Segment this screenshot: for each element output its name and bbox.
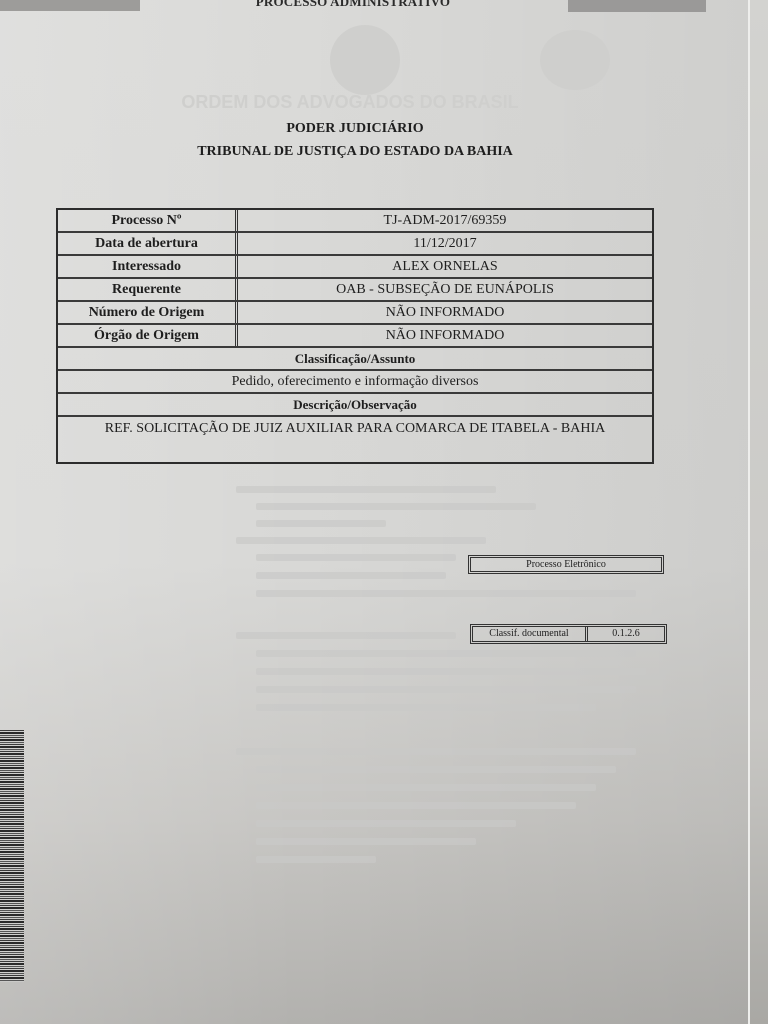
classificacao-value-row: Pedido, oferecimento e informação divers…: [58, 371, 652, 394]
row-label: Data de abertura: [58, 233, 238, 254]
row-value: TJ-ADM-2017/69359: [238, 210, 652, 231]
row-label: Número de Origem: [58, 302, 238, 323]
table-row: Requerente OAB - SUBSEÇÃO DE EUNÁPOLIS: [58, 279, 652, 302]
header-processo-administrativo: PROCESSO ADMINISTRATIVO: [0, 0, 706, 10]
classificacao-value: Pedido, oferecimento e informação divers…: [58, 371, 652, 392]
classificacao-header-row: Classificação/Assunto: [58, 348, 652, 371]
watermark-seal-icon: [330, 25, 400, 95]
classif-label: Classif. documental: [473, 627, 588, 641]
bleed-through-text: [256, 554, 456, 561]
watermark-text: ORDEM DOS ADVOGADOS DO BRASIL: [180, 92, 520, 113]
bleed-through-text: [256, 650, 636, 657]
bleed-through-text: [256, 802, 576, 809]
title-poder-judiciario: PODER JUDICIÁRIO: [0, 121, 710, 137]
bleed-through-text: [256, 766, 616, 773]
descricao-value: REF. SOLICITAÇÃO DE JUIZ AUXILIAR PARA C…: [58, 417, 652, 462]
bleed-through-text: [256, 838, 476, 845]
table-row: Órgão de Origem NÃO INFORMADO: [58, 325, 652, 348]
row-value: NÃO INFORMADO: [238, 325, 652, 346]
bleed-through-text: [256, 668, 646, 675]
bleed-through-text: [256, 572, 446, 579]
row-label: Interessado: [58, 256, 238, 277]
table-row: Data de abertura 11/12/2017: [58, 233, 652, 256]
bleed-through-text: [256, 503, 536, 510]
bleed-through-text: [256, 686, 636, 693]
table-row: Processo Nº TJ-ADM-2017/69359: [58, 210, 652, 233]
row-value: NÃO INFORMADO: [238, 302, 652, 323]
watermark-emblem-icon: [540, 30, 610, 90]
process-info-table: Processo Nº TJ-ADM-2017/69359 Data de ab…: [56, 208, 654, 464]
underlying-page: [750, 0, 768, 1024]
processo-eletronico-stamp: Processo Eletrônico: [468, 555, 664, 574]
bleed-through-text: [256, 704, 596, 711]
descricao-header-row: Descrição/Observação: [58, 394, 652, 417]
table-row: Número de Origem NÃO INFORMADO: [58, 302, 652, 325]
row-value: ALEX ORNELAS: [238, 256, 652, 277]
row-value: 11/12/2017: [238, 233, 652, 254]
classificacao-header: Classificação/Assunto: [58, 348, 652, 369]
row-label: Processo Nº: [58, 210, 238, 231]
descricao-value-row: REF. SOLICITAÇÃO DE JUIZ AUXILIAR PARA C…: [58, 417, 652, 462]
bleed-through-text: [236, 486, 496, 493]
bleed-through-text: [256, 590, 636, 597]
bleed-through-text: [236, 537, 486, 544]
bleed-through-text: [256, 784, 596, 791]
classif-documental-box: Classif. documental 0.1.2.6: [470, 624, 667, 644]
bleed-through-text: [256, 856, 376, 863]
table-row: Interessado ALEX ORNELAS: [58, 256, 652, 279]
row-value: OAB - SUBSEÇÃO DE EUNÁPOLIS: [238, 279, 652, 300]
bleed-through-text: [256, 820, 516, 827]
row-label: Órgão de Origem: [58, 325, 238, 346]
bleed-through-text: [256, 520, 386, 527]
descricao-header: Descrição/Observação: [58, 394, 652, 415]
bleed-through-text: [236, 632, 456, 639]
bleed-through-text: [236, 748, 636, 755]
barcode-icon: [0, 730, 24, 982]
row-label: Requerente: [58, 279, 238, 300]
title-tribunal: TRIBUNAL DE JUSTIÇA DO ESTADO DA BAHIA: [0, 144, 710, 160]
classif-value: 0.1.2.6: [588, 627, 664, 641]
